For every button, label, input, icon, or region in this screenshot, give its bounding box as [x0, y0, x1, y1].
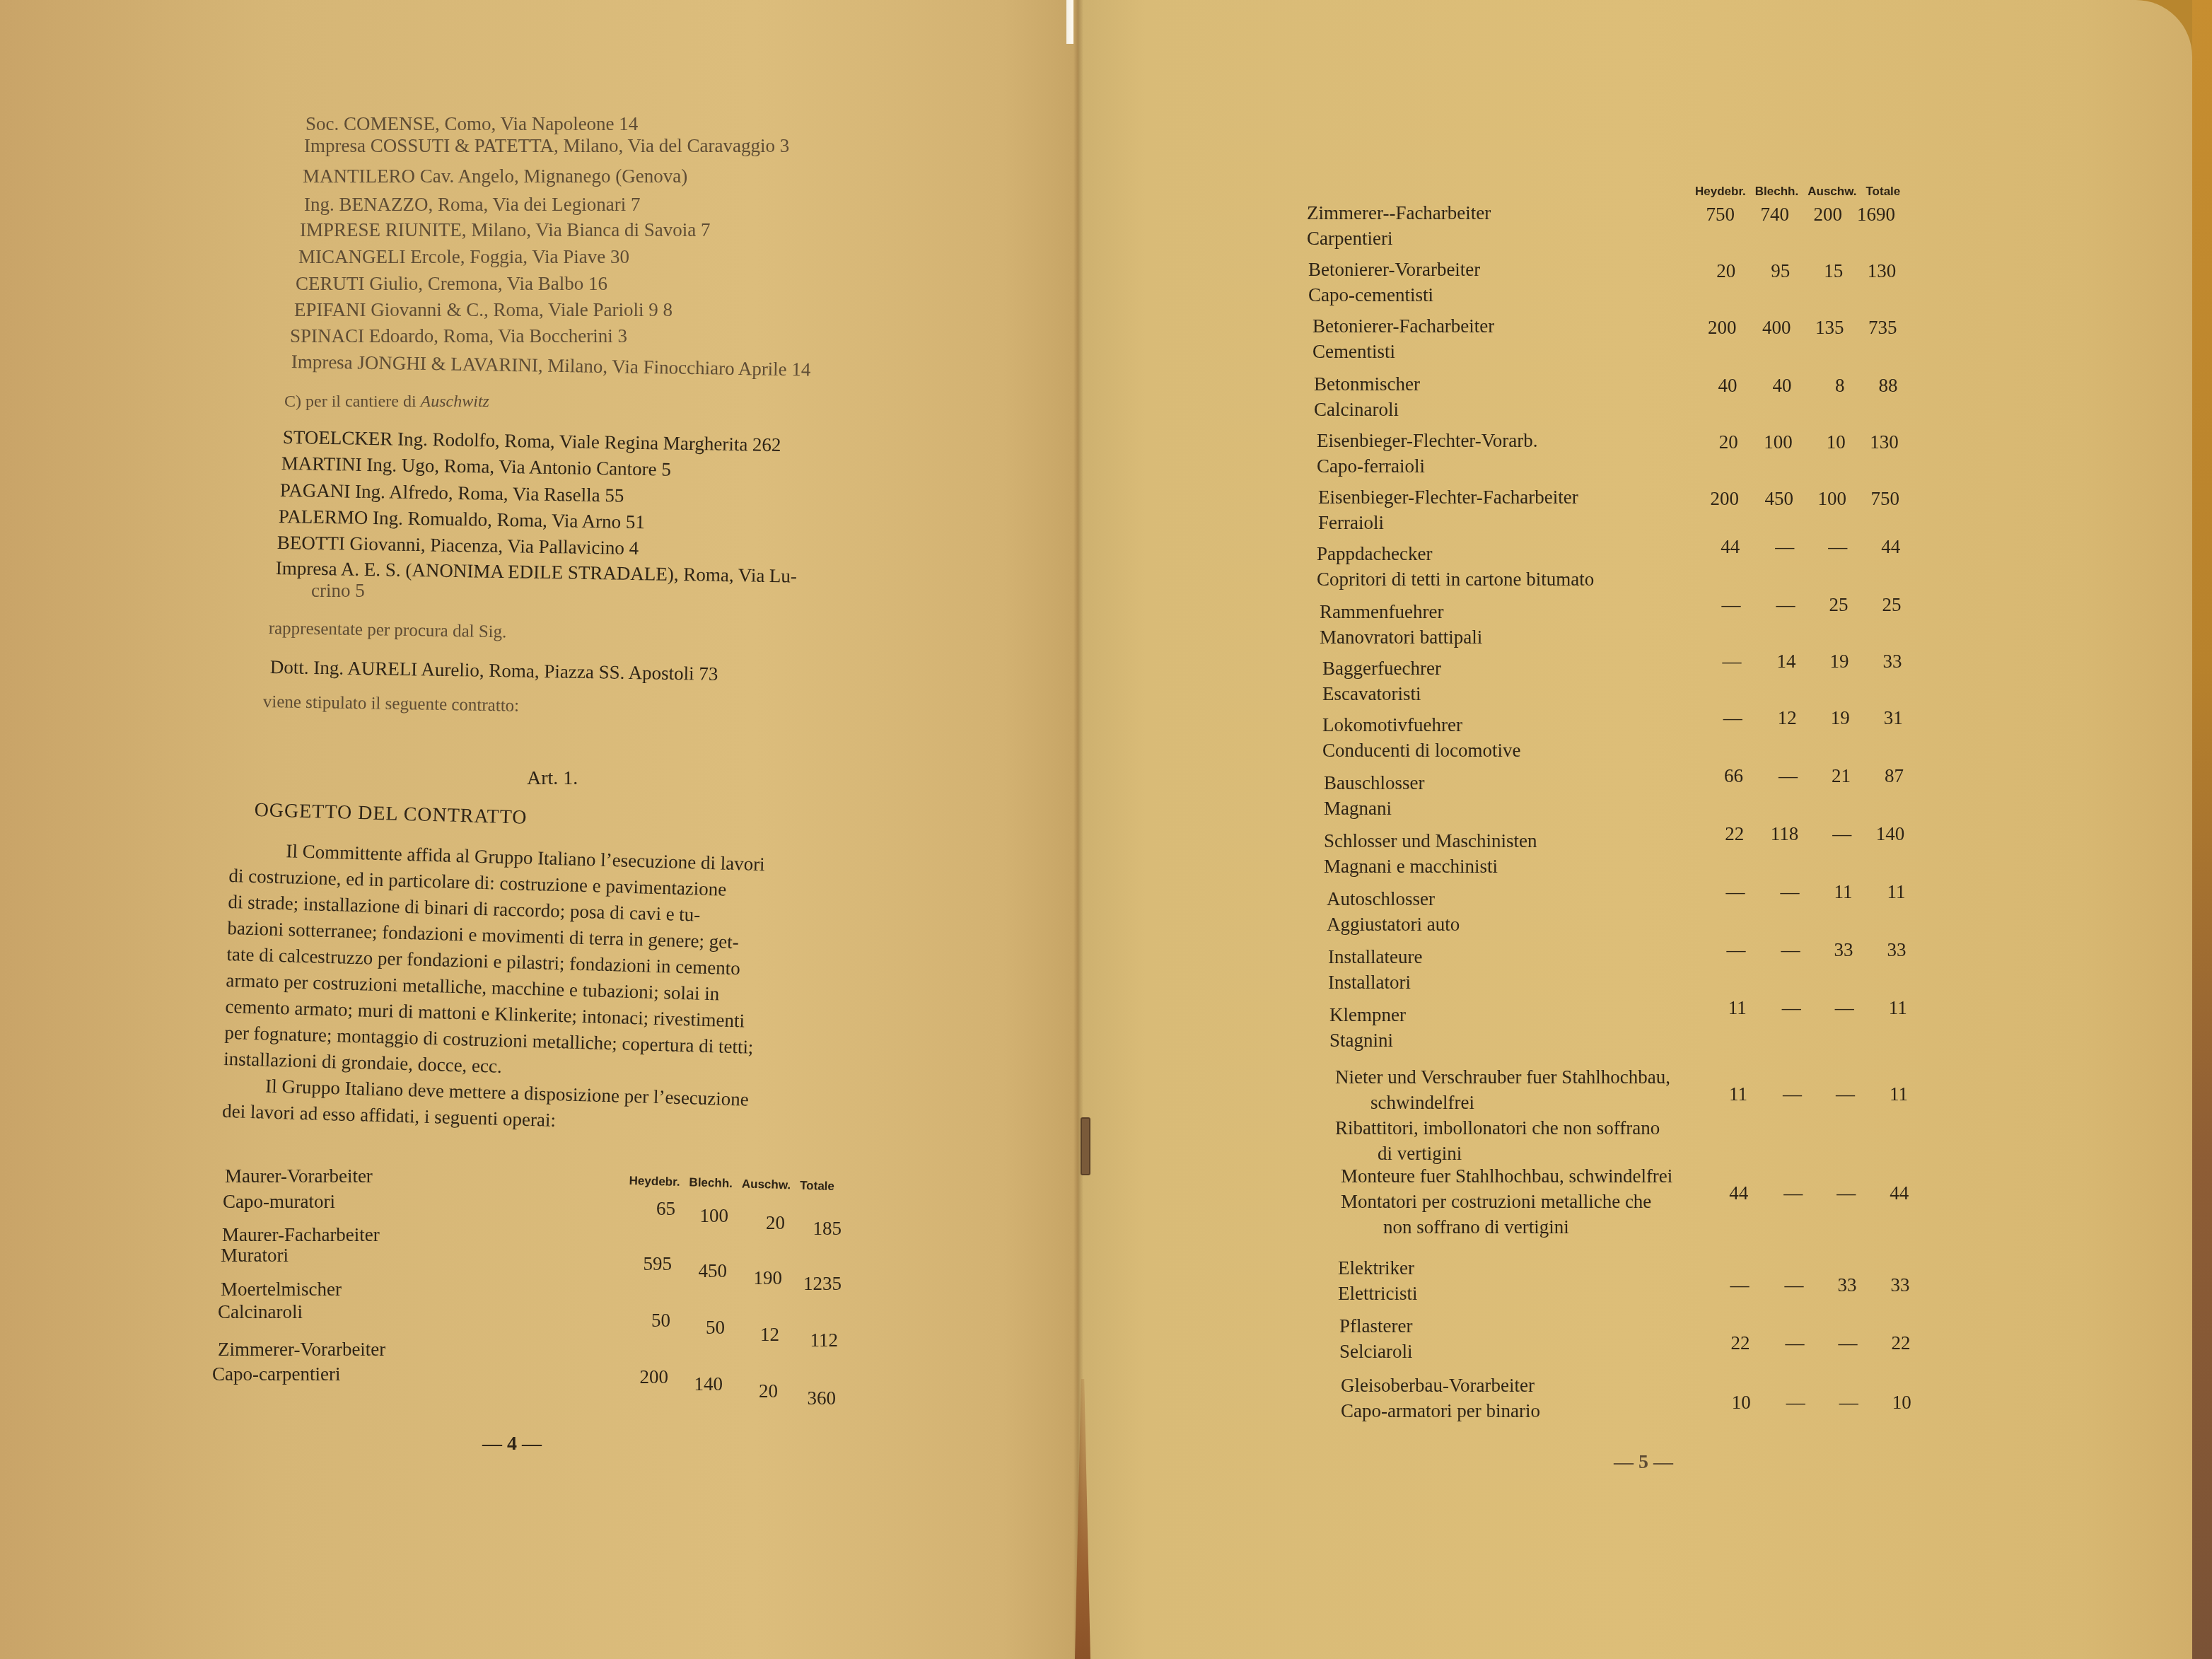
value-auschw: —: [1809, 1392, 1858, 1414]
column-header: Auschw.: [1808, 185, 1856, 199]
company-entry: IMPRESE RIUNITE, Milano, Via Bianca di S…: [300, 221, 711, 240]
value-totale: 44: [1859, 1182, 1909, 1204]
value-auschw: 20: [728, 1380, 778, 1402]
trade-italian: Elettricisti: [1338, 1284, 1417, 1303]
value-totale: 44: [1851, 536, 1900, 558]
value-totale: 25: [1851, 594, 1901, 616]
trade-italian: Capo-carpentieri: [212, 1365, 340, 1384]
trade-italian: Stagnini: [1329, 1031, 1393, 1050]
value-totale: 130: [1849, 431, 1899, 453]
value-blechh: 400: [1741, 317, 1791, 339]
column-header: Heydebr.: [1695, 185, 1746, 199]
value-auschw: 8: [1795, 375, 1845, 397]
value-heydebr: 40: [1688, 375, 1737, 397]
value-heydebr: 20: [1686, 260, 1735, 282]
value-blechh: —: [1754, 1274, 1803, 1296]
value-auschw: —: [1805, 1083, 1855, 1105]
value-blechh: —: [1756, 1392, 1805, 1414]
trade-german: Betonierer-Facharbeiter: [1312, 317, 1494, 336]
trade-italian: Magnani: [1324, 799, 1392, 818]
value-heydebr: 750: [1685, 204, 1735, 226]
trade-german: Lokomotivfuehrer: [1322, 716, 1462, 735]
value-auschw: —: [1808, 1332, 1858, 1354]
value-heydebr: 10: [1701, 1392, 1751, 1414]
value-blechh: 95: [1740, 260, 1790, 282]
trade-german: Zimmerer-Vorarbeiter: [218, 1340, 385, 1359]
company-entry: Soc. COMENSE, Como, Via Napoleone 14: [305, 115, 638, 134]
value-totale: 31: [1853, 707, 1903, 729]
value-auschw: —: [1806, 1182, 1856, 1204]
trade-german: Eisenbieger-Flechter-Vorarb.: [1317, 431, 1538, 450]
column-header: Blechh.: [1755, 185, 1798, 199]
value-blechh: 450: [1744, 488, 1793, 510]
trade-italian: Ferraioli: [1318, 513, 1384, 532]
value-heydebr: —: [1692, 651, 1742, 673]
value-blechh: 50: [675, 1317, 725, 1339]
trade-italian: Capo-muratori: [223, 1192, 335, 1211]
trade-german: Betonmischer: [1314, 375, 1420, 394]
value-heydebr: —: [1695, 881, 1745, 903]
value-auschw: 25: [1798, 594, 1848, 616]
trade-german: Klempner: [1329, 1006, 1406, 1025]
trade-german: Pflasterer: [1339, 1317, 1412, 1336]
page-number-left: — 4 —: [482, 1433, 542, 1455]
trade-italian: Conducenti di locomotive: [1322, 741, 1520, 760]
value-auschw: 200: [1793, 204, 1842, 226]
trade-italian: Escavatoristi: [1322, 685, 1421, 704]
trade-german: Eisenbieger-Flechter-Facharbeiter: [1318, 488, 1578, 507]
value-auschw: 20: [735, 1212, 785, 1234]
trade-german: Baggerfuechrer: [1322, 659, 1441, 678]
right-table-header: Heydebr.Blechh.Auschw.Totale: [1695, 185, 1909, 199]
value-totale: 22: [1861, 1332, 1911, 1354]
value-totale: 1235: [792, 1273, 842, 1295]
value-blechh: 740: [1740, 204, 1789, 226]
value-heydebr: 595: [622, 1253, 672, 1275]
value-blechh: 40: [1742, 375, 1792, 397]
trade-german: Moertelmischer: [221, 1280, 342, 1299]
value-auschw: 19: [1800, 651, 1849, 673]
value-totale: 11: [1858, 997, 1907, 1019]
value-totale: 33: [1857, 939, 1907, 961]
value-totale: 1690: [1846, 204, 1895, 226]
trade-italian: Montatori per costruzioni metalliche che: [1341, 1192, 1651, 1211]
value-heydebr: 11: [1698, 1083, 1747, 1105]
trade-german: Schlosser und Maschinisten: [1324, 832, 1537, 851]
company-entry: MICANGELI Ercole, Foggia, Via Piave 30: [298, 248, 629, 267]
value-blechh: —: [1753, 1182, 1803, 1204]
value-auschw: 12: [730, 1324, 779, 1346]
value-auschw: 190: [733, 1267, 782, 1289]
column-header: Totale: [800, 1179, 834, 1194]
value-heydebr: 44: [1690, 536, 1740, 558]
column-header: Totale: [1866, 185, 1901, 199]
value-heydebr: 22: [1694, 823, 1744, 845]
value-totale: 11: [1856, 881, 1905, 903]
trade-italian: Magnani e macchinisti: [1324, 857, 1498, 876]
trade-german: Bauschlosser: [1324, 774, 1424, 793]
value-blechh: 100: [1743, 431, 1793, 453]
trade-german: Betonierer-Vorarbeiter: [1308, 260, 1480, 279]
trade-italian: Capo-cementisti: [1308, 286, 1433, 305]
section-c-heading: C) per il cantiere di Auschwitz: [284, 393, 489, 410]
article-paragraph-1: Il Committente affida al Gruppo Italiano…: [224, 840, 866, 1068]
value-auschw: 135: [1794, 317, 1844, 339]
value-totale: 140: [1855, 823, 1904, 845]
value-blechh: 100: [679, 1205, 728, 1227]
value-totale: 185: [792, 1218, 842, 1240]
open-booklet: Soc. COMENSE, Como, Via Napoleone 14 Imp…: [0, 0, 2212, 1659]
value-heydebr: 20: [1689, 431, 1738, 453]
value-blechh: —: [1745, 594, 1795, 616]
value-auschw: —: [1805, 997, 1854, 1019]
value-blechh: —: [1755, 1332, 1805, 1354]
company-entry: MANTILERO Cav. Angelo, Mignanego (Genova…: [303, 167, 687, 186]
value-totale: 87: [1854, 765, 1904, 787]
trade-italian: Muratori: [221, 1246, 289, 1265]
trade-italian: Capo-armatori per binario: [1341, 1402, 1540, 1421]
value-blechh: 450: [677, 1260, 727, 1282]
value-blechh: —: [1750, 881, 1799, 903]
trade-italian: Ribattitori, imbollonatori che non soffr…: [1335, 1119, 1660, 1138]
right-page: [1078, 0, 2192, 1659]
trade-german: Installateure: [1328, 948, 1422, 967]
value-totale: 112: [788, 1329, 838, 1351]
value-totale: 33: [1860, 1274, 1909, 1296]
trade-german: Maurer-Vorarbeiter: [225, 1167, 373, 1186]
value-blechh: —: [1751, 939, 1800, 961]
value-heydebr: —: [1699, 1274, 1749, 1296]
value-heydebr: 200: [1689, 488, 1739, 510]
trade-italian: Calcinaroli: [1314, 400, 1399, 419]
stipulated-text: viene stipulato il seguente contratto:: [263, 693, 520, 715]
company-entry: CERUTI Giulio, Cremona, Via Balbo 16: [296, 274, 607, 293]
value-heydebr: —: [1691, 594, 1740, 616]
trade-german: Maurer-Facharbeiter: [222, 1226, 380, 1245]
value-heydebr: 50: [621, 1310, 670, 1332]
page-number-right: — 5 —: [1614, 1451, 1673, 1474]
page-stack-edge: [2192, 0, 2212, 1659]
value-totale: 360: [786, 1387, 836, 1409]
binding-top-gap: [1066, 0, 1073, 44]
value-heydebr: —: [1693, 707, 1742, 729]
value-heydebr: 44: [1699, 1182, 1748, 1204]
column-header: Heydebr.: [629, 1174, 680, 1189]
value-totale: 735: [1847, 317, 1897, 339]
trade-german: Rammenfuehrer: [1320, 603, 1443, 622]
value-heydebr: 11: [1697, 997, 1747, 1019]
value-blechh: —: [1745, 536, 1794, 558]
value-auschw: —: [1802, 823, 1851, 845]
company-entry: Ing. BENAZZO, Roma, Via dei Legionari 7: [304, 195, 641, 214]
value-totale: 33: [1853, 651, 1902, 673]
value-auschw: 100: [1797, 488, 1846, 510]
value-blechh: —: [1752, 997, 1801, 1019]
trade-italian: Cementisti: [1312, 342, 1395, 361]
value-blechh: 12: [1747, 707, 1797, 729]
company-entry-continuation: crino 5: [311, 581, 365, 600]
represented-by-text: rappresentate per procura dal Sig.: [269, 619, 507, 641]
value-blechh: —: [1752, 1083, 1802, 1105]
trade-italian: Calcinaroli: [218, 1303, 303, 1322]
company-entry: SPINACI Edoardo, Roma, Via Boccherini 3: [290, 327, 627, 346]
value-heydebr: 66: [1694, 765, 1743, 787]
trade-german-continuation: schwindelfrei: [1370, 1093, 1474, 1112]
trade-german: Zimmerer--Facharbeiter: [1307, 204, 1491, 223]
value-heydebr: 22: [1701, 1332, 1750, 1354]
company-entry: Impresa COSSUTI & PATETTA, Milano, Via d…: [304, 136, 789, 156]
trade-german: Elektriker: [1338, 1259, 1414, 1278]
trade-german: Gleisoberbau-Vorarbeiter: [1341, 1376, 1535, 1395]
value-totale: 88: [1849, 375, 1898, 397]
trade-german: Autoschlosser: [1327, 890, 1435, 909]
value-heydebr: —: [1696, 939, 1746, 961]
trade-italian: Capo-ferraioli: [1317, 457, 1425, 476]
value-auschw: —: [1798, 536, 1847, 558]
value-auschw: 21: [1801, 765, 1851, 787]
trade-german: Nieter und Verschrauber fuer Stahlhochba…: [1335, 1068, 1670, 1087]
trade-italian-continuation: di vertigini: [1378, 1144, 1462, 1163]
value-blechh: —: [1748, 765, 1798, 787]
value-auschw: 19: [1800, 707, 1850, 729]
value-auschw: 33: [1804, 939, 1853, 961]
article-number: Art. 1.: [527, 769, 578, 788]
value-totale: 130: [1846, 260, 1896, 282]
value-auschw: 15: [1793, 260, 1843, 282]
column-header: Blechh.: [689, 1175, 733, 1191]
value-auschw: 11: [1803, 881, 1852, 903]
value-totale: 11: [1858, 1083, 1908, 1105]
trade-italian-continuation: non soffrano di vertigini: [1383, 1218, 1569, 1237]
trade-italian: Copritori di tetti in cartone bitumato: [1317, 570, 1594, 589]
value-auschw: 10: [1796, 431, 1846, 453]
value-heydebr: 200: [619, 1366, 668, 1388]
value-blechh: 14: [1747, 651, 1796, 673]
value-blechh: 140: [673, 1373, 723, 1395]
company-entry: EPIFANI Giovanni & C., Roma, Viale Pario…: [294, 301, 673, 320]
trade-german: Monteure fuer Stahlhochbau, schwindelfre…: [1341, 1167, 1672, 1186]
value-auschw: 33: [1807, 1274, 1856, 1296]
value-totale: 10: [1862, 1392, 1911, 1414]
trade-italian: Installatori: [1328, 973, 1411, 992]
trade-italian: Carpentieri: [1307, 229, 1392, 248]
trade-italian: Aggiustatori auto: [1327, 915, 1460, 934]
trade-german: Pappdachecker: [1317, 545, 1432, 564]
column-header: Auschw.: [742, 1177, 791, 1192]
value-blechh: 118: [1749, 823, 1798, 845]
trade-italian: Manovratori battipali: [1320, 628, 1482, 647]
staple: [1081, 1117, 1090, 1175]
value-heydebr: 200: [1687, 317, 1736, 339]
trade-italian: Selciaroli: [1339, 1342, 1412, 1361]
value-heydebr: 65: [626, 1198, 675, 1220]
value-totale: 750: [1850, 488, 1899, 510]
